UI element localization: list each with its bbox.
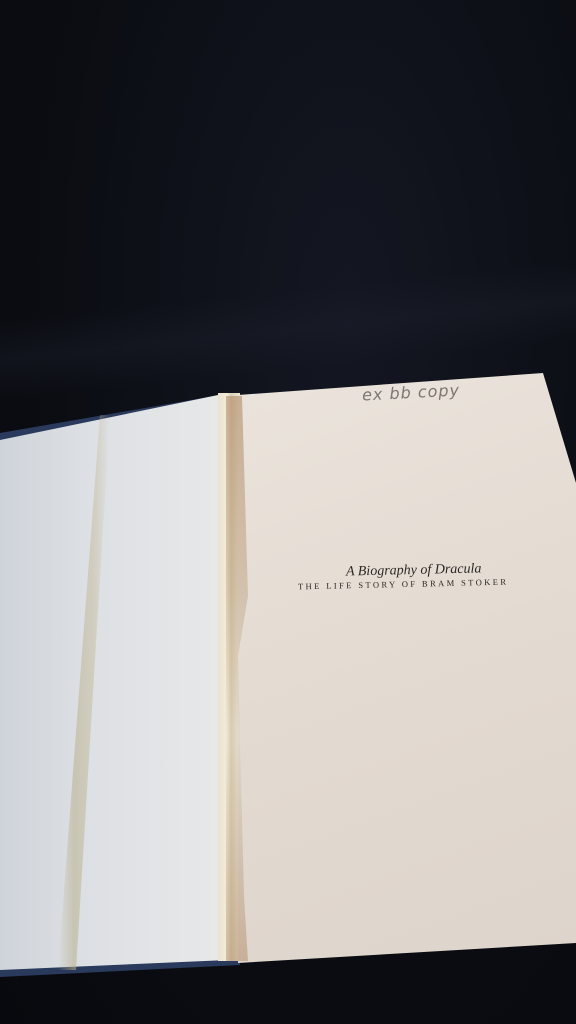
book-photo: ex bb copy A Biography of Dracula THE LI… [0, 0, 576, 1024]
front-pastedown [0, 395, 228, 970]
title-page [238, 373, 576, 963]
